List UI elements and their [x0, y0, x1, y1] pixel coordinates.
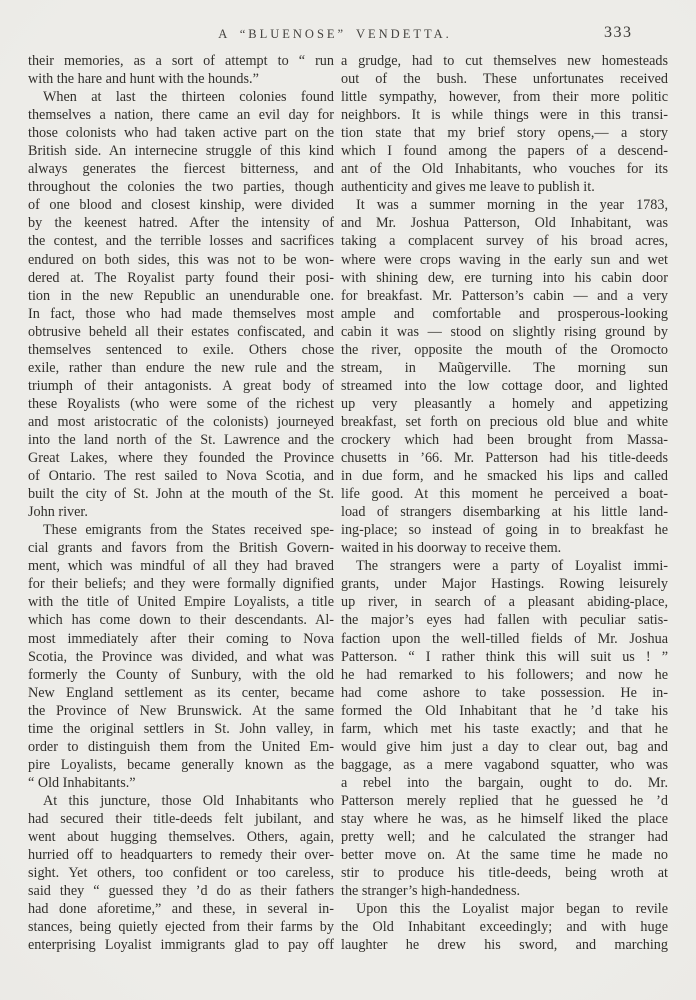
text-line: order to distinguish them from the Unite…: [28, 738, 334, 756]
text-line: formerly the County of Sunbury, with the…: [28, 666, 334, 684]
text-line: taking a complacent survey of his broad …: [341, 232, 668, 250]
text-line: These emigrants from the States received…: [28, 521, 334, 539]
running-header: A “BLUENOSE” VENDETTA. 333: [0, 24, 696, 46]
text-line: which I found among the papers of a desc…: [341, 142, 668, 160]
text-line: laughter he drew his sword, and marching: [341, 936, 668, 954]
text-line: faction upon the well-tilled fields of M…: [341, 630, 668, 648]
text-line: pire Loyalists, became generally known a…: [28, 756, 334, 774]
text-line: farm, which met his taste exactly; and t…: [341, 720, 668, 738]
text-line: which has come down to their descendants…: [28, 611, 334, 629]
text-line: their memories, as a sort of attempt to …: [28, 52, 334, 70]
text-line: built the city of St. John at the mouth …: [28, 485, 334, 503]
text-line: most immediately after their coming to N…: [28, 630, 334, 648]
text-line: those colonists who had taken active par…: [28, 124, 334, 142]
text-line: would give him just a day to clear out, …: [341, 738, 668, 756]
text-line: “ Old Inhabitants.”: [28, 774, 334, 792]
text-line: cabin it was — stood on slightly rising …: [341, 323, 668, 341]
text-line: grants, under Major Hastings. Rowing lei…: [341, 575, 668, 593]
text-line: out of the bush. These unfortunates rece…: [341, 70, 668, 88]
text-line: always generates the fiercest bitterness…: [28, 160, 334, 178]
text-line: with the title of United Empire Loyalist…: [28, 593, 334, 611]
text-line: When at last the thirteen colonies found: [28, 88, 334, 106]
text-line: stream, in Maũgerville. The morning sun: [341, 359, 668, 377]
text-line: Upon this the Loyalist major began to re…: [341, 900, 668, 918]
text-line: In fact, those who had made themselves m…: [28, 305, 334, 323]
text-line: waited in his doorway to receive them.: [341, 539, 668, 557]
text-line: It was a summer morning in the year 1783…: [341, 196, 668, 214]
text-line: New England settlement as its center, be…: [28, 684, 334, 702]
text-line: throughout the colonies the two parties,…: [28, 178, 334, 196]
text-line: the stranger’s high-handedness.: [341, 882, 668, 900]
text-line: stay where he was, as he himself liked t…: [341, 810, 668, 828]
text-line: with shining dew, ere turning into his c…: [341, 269, 668, 287]
text-line: a grudge, had to cut themselves new home…: [341, 52, 668, 70]
text-line: these Royalists (who were some of the ri…: [28, 395, 334, 413]
text-line: formed the Old Inhabitant that he ’d tak…: [341, 702, 668, 720]
text-line: endured on both sides, this was not to b…: [28, 251, 334, 269]
text-line: chusetts in ’66. Mr. Patterson had his t…: [341, 449, 668, 467]
text-line: had secured their title-deeds felt jubil…: [28, 810, 334, 828]
text-line: John river.: [28, 503, 334, 521]
text-columns: their memories, as a sort of attempt to …: [28, 52, 668, 954]
text-line: for breakfast. Mr. Patterson’s cabin — a…: [341, 287, 668, 305]
text-line: exile, rather than endure the new rule a…: [28, 359, 334, 377]
text-line: where were crops waving in the early sun…: [341, 251, 668, 269]
text-line: dered at. The Royalist party found their…: [28, 269, 334, 287]
text-line: stances, being quietly ejected from thei…: [28, 918, 334, 936]
text-line: At this juncture, those Old Inhabitants …: [28, 792, 334, 810]
text-line: streamed into the low cottage door, and …: [341, 377, 668, 395]
text-line: the Old Inhabitant exceedingly; and with…: [341, 918, 668, 936]
text-line: load of strangers disembarking at his li…: [341, 503, 668, 521]
text-line: themselves sentenced to exile. Others ch…: [28, 341, 334, 359]
text-line: better move on. At the same time he made…: [341, 846, 668, 864]
text-line: life good. At this moment he perceived a…: [341, 485, 668, 503]
text-line: had come ashore to take possession. He i…: [341, 684, 668, 702]
text-line: Patterson. “ I rather think this will su…: [341, 648, 668, 666]
page-title: A “BLUENOSE” VENDETTA.: [218, 27, 452, 42]
text-line: breakfast, set forth on precious old blu…: [341, 413, 668, 431]
text-line: cial grants and favors from the British …: [28, 539, 334, 557]
text-line: ant of the Old Inhabitants, who vouches …: [341, 160, 668, 178]
text-line: ample and comfortable and prosperous-loo…: [341, 305, 668, 323]
text-line: the contest, and the terrible losses and…: [28, 232, 334, 250]
text-line: ment, which was mindful of all they had …: [28, 557, 334, 575]
text-line: a rebel into the bargain, ought to do. M…: [341, 774, 668, 792]
text-line: he had remarked to his followers; and no…: [341, 666, 668, 684]
text-line: authenticity and gives me leave to publi…: [341, 178, 668, 196]
text-line: of one blood and closest kinship, were d…: [28, 196, 334, 214]
text-line: neighbors. It is while things were in th…: [341, 106, 668, 124]
text-line: sight. Yet others, too confident or too …: [28, 864, 334, 882]
book-page: A “BLUENOSE” VENDETTA. 333 their memorie…: [0, 0, 696, 1000]
text-line: pretty well; and he calculated the stran…: [341, 828, 668, 846]
text-line: up river, in search of a pleasant abidin…: [341, 593, 668, 611]
page-number: 333: [604, 24, 633, 42]
text-line: in due form, and he smacked his lips and…: [341, 467, 668, 485]
text-line: Patterson merely replied that he guessed…: [341, 792, 668, 810]
text-line: baggage, as a mere vagabond squatter, wh…: [341, 756, 668, 774]
text-line: tion state that my brief story opens,— a…: [341, 124, 668, 142]
text-column-right: a grudge, had to cut themselves new home…: [341, 52, 668, 954]
text-line: up very pleasantly a homely and appetizi…: [341, 395, 668, 413]
text-line: of Ontario. The rest sailed to Nova Scot…: [28, 467, 334, 485]
text-line: had done aforetime,” and these, in sever…: [28, 900, 334, 918]
text-line: the river, opposite the mouth of the Oro…: [341, 341, 668, 359]
text-line: went about hugging themselves. Others, a…: [28, 828, 334, 846]
text-column-left: their memories, as a sort of attempt to …: [28, 52, 334, 954]
text-line: crockery which had been brought from Mas…: [341, 431, 668, 449]
text-line: enterprising Loyalist immigrants glad to…: [28, 936, 334, 954]
text-line: and Mr. Joshua Patterson, Old Inhabitant…: [341, 214, 668, 232]
text-line: Great Lakes, where they founded the Prov…: [28, 449, 334, 467]
text-line: for their beliefs; and they were formall…: [28, 575, 334, 593]
text-line: with the hare and hunt with the hounds.”: [28, 70, 334, 88]
text-line: time the original settlers in St. John v…: [28, 720, 334, 738]
text-line: The strangers were a party of Loyalist i…: [341, 557, 668, 575]
text-line: said they “ guessed they ’d do as their …: [28, 882, 334, 900]
text-line: British side. An internecine struggle of…: [28, 142, 334, 160]
text-line: Scotia, the Province was divided, and wh…: [28, 648, 334, 666]
text-line: themselves a nation, there came an evil …: [28, 106, 334, 124]
text-line: the major’s eyes had fallen with peculia…: [341, 611, 668, 629]
text-line: and most aristocratic of the colonists) …: [28, 413, 334, 431]
text-line: by the keenest hatred. After the intensi…: [28, 214, 334, 232]
text-line: into the land north of the St. Lawrence …: [28, 431, 334, 449]
text-line: triumph of their antagonists. A great bo…: [28, 377, 334, 395]
text-line: hurried off to headquarters to remedy th…: [28, 846, 334, 864]
text-line: obtrusive beheld all their estates confi…: [28, 323, 334, 341]
text-line: ing-place; so instead of going in to bre…: [341, 521, 668, 539]
text-line: the Province of New Brunswick. At the sa…: [28, 702, 334, 720]
text-line: little sympathy, however, from their mor…: [341, 88, 668, 106]
text-line: stir to produce his title-deeds, being w…: [341, 864, 668, 882]
text-line: tion in the new Republic an unendurable …: [28, 287, 334, 305]
